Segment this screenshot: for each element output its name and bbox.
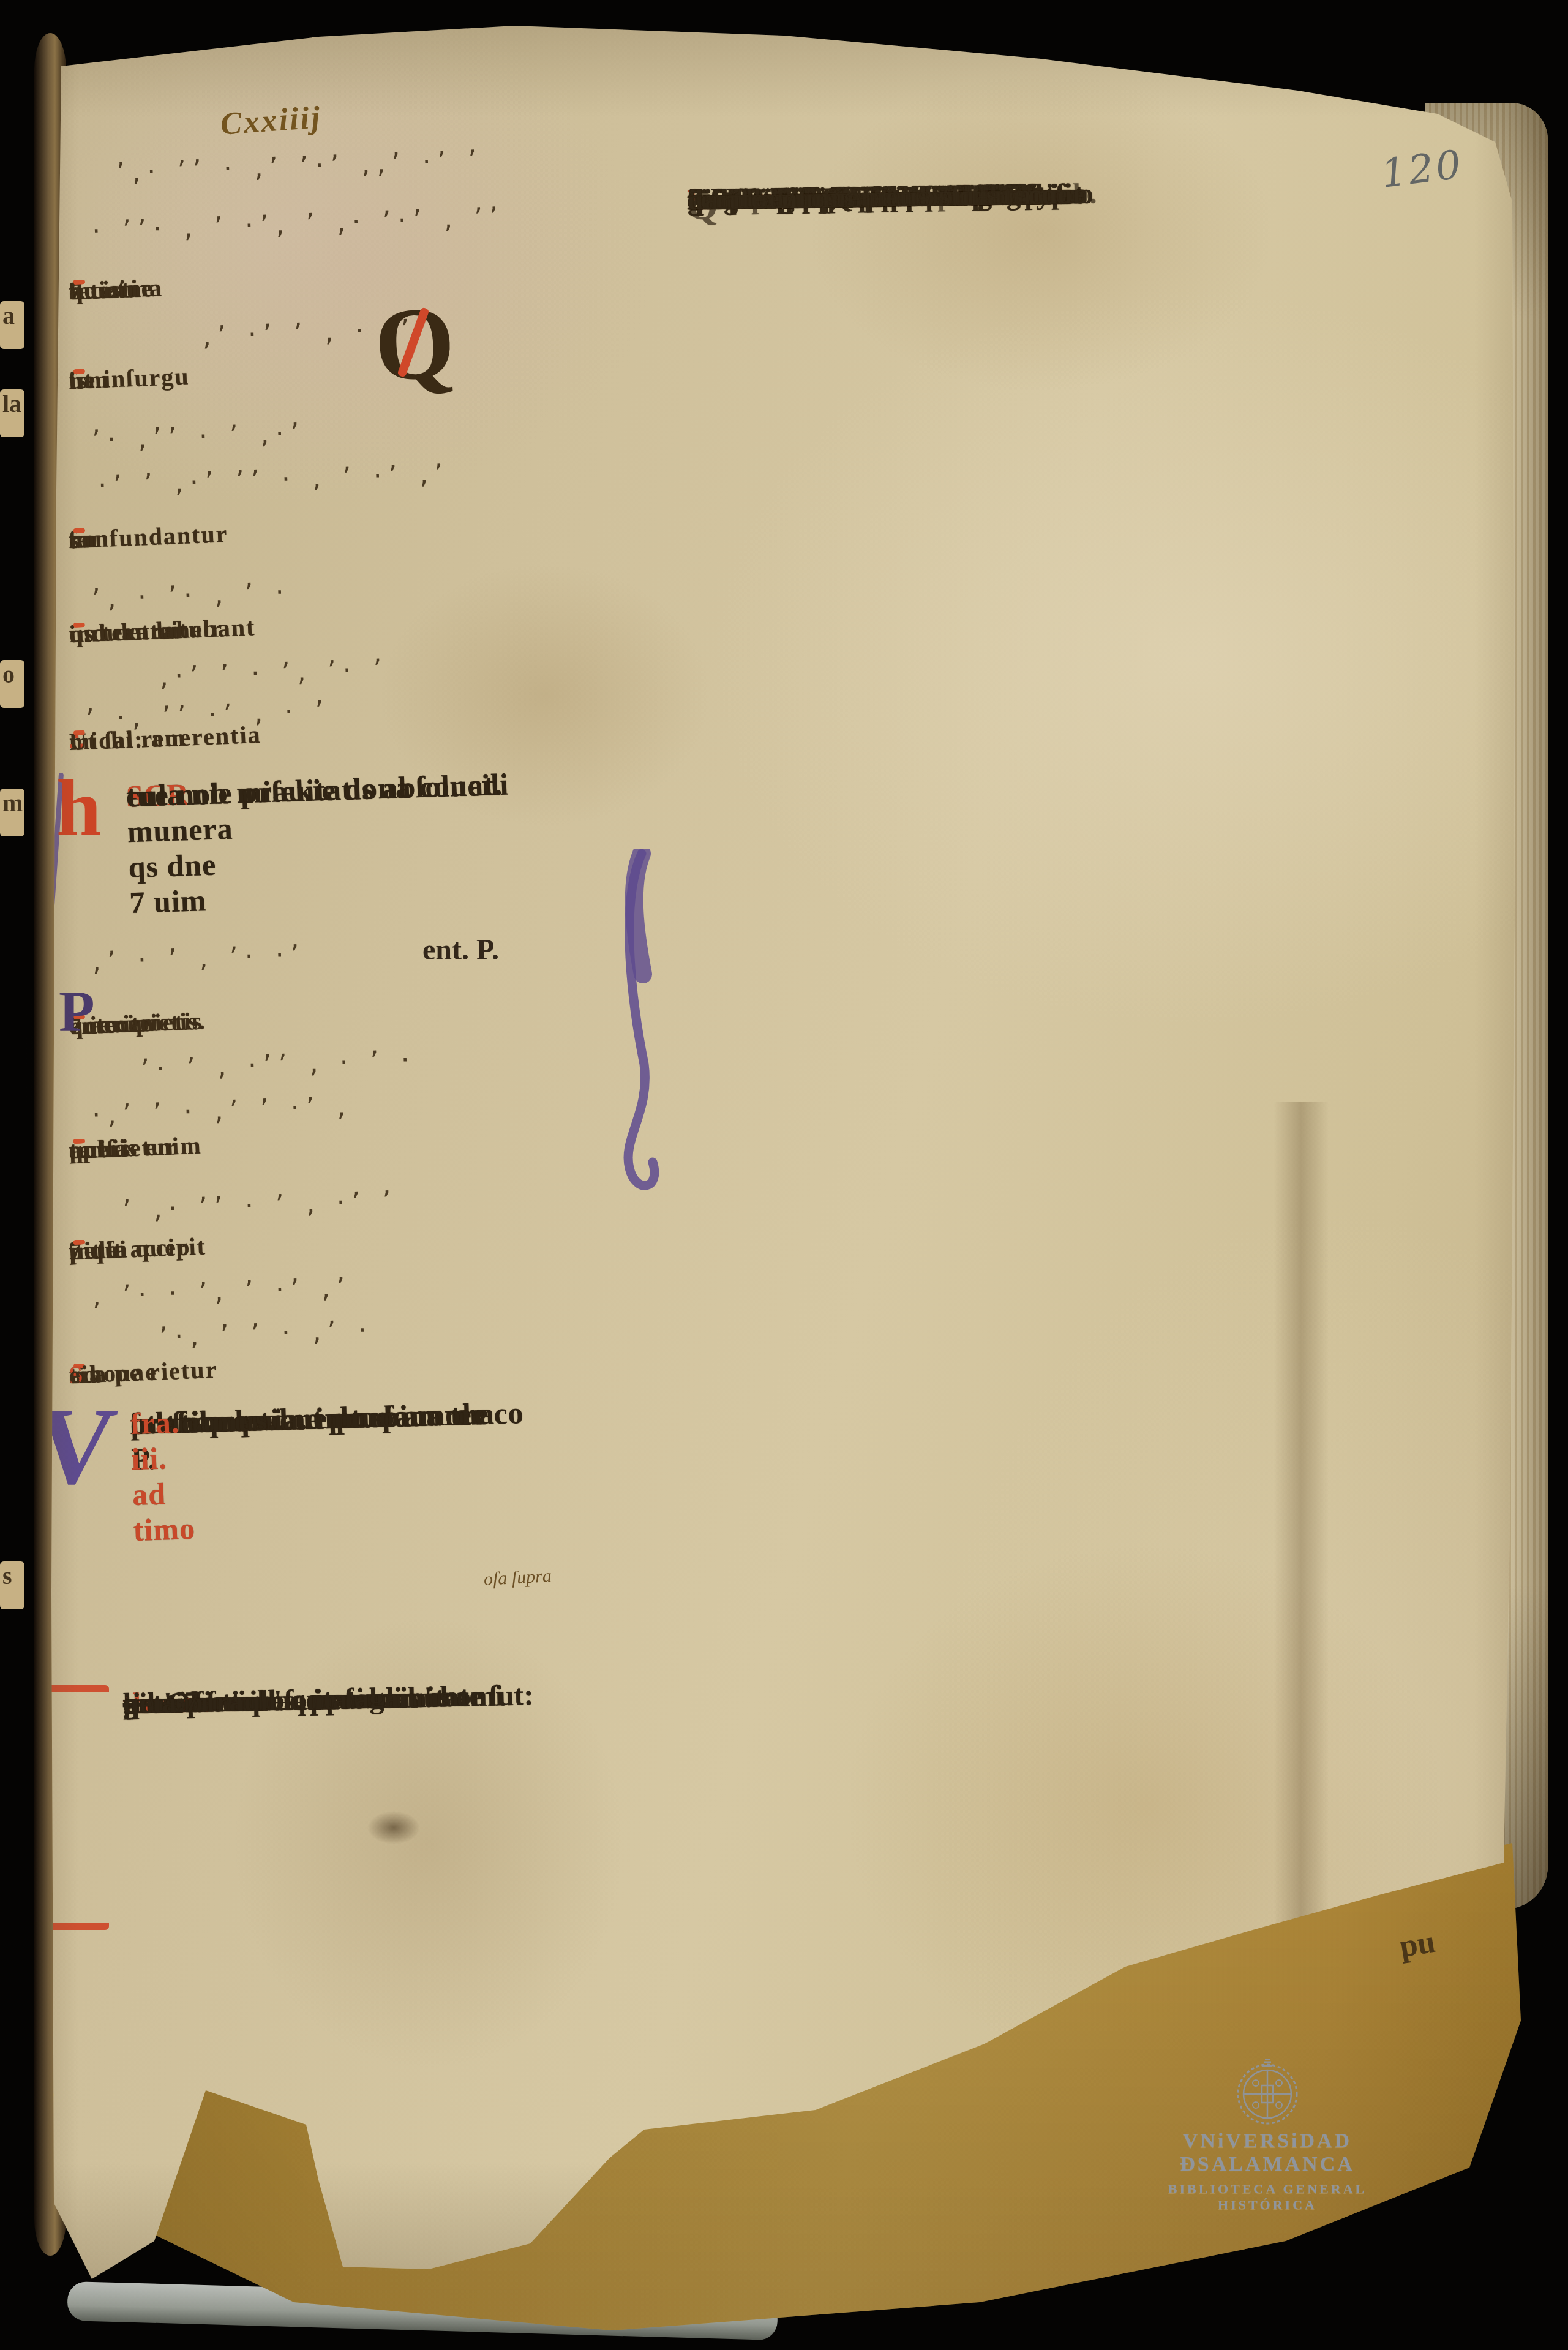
chant-text: uobis — [69, 1133, 132, 1165]
chant-text-line: petit accip7 qui queritinuenitpulſan — [69, 1215, 622, 1237]
chant-text: in — [69, 366, 92, 395]
red-filler-rule — [73, 369, 84, 374]
university-seal-icon — [1234, 2059, 1301, 2126]
parchment-stain — [808, 73, 1274, 392]
chant-text-line: quia manus tue7 tudominefecistioa — [69, 255, 622, 277]
red-filler-rule — [73, 1239, 84, 1244]
initial-p: P — [59, 977, 95, 1045]
chant-text-line: ueconfundanturſeruusru — [69, 504, 622, 525]
red-filler-rule — [73, 622, 84, 627]
chant-text: aperietur — [69, 1132, 179, 1165]
chant-text-line: michi reuerentia∴Ut ſal: am — [69, 706, 622, 727]
library-watermark: VNiVERSiDAD ÐSALAMANCA BIBLIOTECA GENERA… — [1127, 2059, 1408, 2213]
chant-text-line: us tera bitu rinduanturqui detrahebant — [69, 598, 622, 620]
chant-text: o — [69, 276, 83, 306]
red-filler-rule — [73, 730, 84, 735]
red-filler-rule — [73, 279, 84, 284]
red-filler-rule — [73, 369, 84, 374]
chant-text-line: ente7 accipietis.querite7 inuenietis — [69, 990, 622, 1012]
red-filler-rule — [73, 1138, 84, 1143]
chant-text: Ut ſal: am — [69, 723, 187, 756]
chant-text: a — [69, 276, 83, 306]
gospel-text-line: Quarite: 7 inuenietis pulſate — [687, 184, 688, 240]
manuscript-photograph: alaoms Cxxiiij 120 ’‚· ’’ · ‚’ ’·’ ‚‚’ ·… — [0, 0, 1568, 2350]
chant-text: pulſa — [69, 1234, 129, 1266]
red-filler-rule — [73, 279, 84, 284]
red-filler-rule — [73, 1239, 84, 1244]
neume-row: ‚’ · ’ ‚ ’· ·’ — [91, 937, 435, 976]
chant-text: s — [69, 525, 80, 554]
reading-text: qeta 7 traqlla uita agamus — [122, 1680, 451, 1721]
chant-text: ſe — [69, 525, 90, 554]
page-number-pencil: 120 — [1379, 142, 1466, 197]
red-filler-rule — [73, 1239, 84, 1244]
chant-text: ſsm — [69, 364, 110, 394]
red-filler-rule — [73, 528, 84, 533]
chant-text: r — [69, 525, 82, 554]
right-column: in omi pietate 7 caſtitate. hoceni bonu … — [687, 175, 1287, 184]
chant-text: uu — [69, 524, 99, 554]
intercolumn-initial-flourish — [610, 849, 677, 1216]
neume-row: ’· ’ ‚ ·’’ ‚ · ’ · — [140, 1040, 600, 1083]
facing-page-letter: s — [0, 1561, 24, 1609]
chant-text: 7 qui querit — [69, 1231, 207, 1266]
red-filler-rule — [73, 528, 84, 533]
chant-text: te — [69, 1135, 91, 1165]
red-filler-rule — [73, 730, 84, 735]
red-filler-rule — [73, 528, 84, 533]
chant-text: confundantur — [69, 519, 228, 554]
neume-row: ‚·’ ’ · ’‚ ’· ’ — [159, 649, 588, 691]
red-filler-rule — [73, 369, 84, 374]
red-filler-rule — [73, 1239, 84, 1244]
chant-text: nt — [69, 365, 94, 394]
chant-text: inue — [69, 1235, 119, 1266]
red-filler-rule — [73, 1363, 84, 1368]
chant-text-line: ti a pe rieturadriaSe nouae — [69, 1339, 622, 1361]
red-filler-rule — [73, 279, 84, 284]
red-filler-rule — [73, 279, 84, 284]
red-filler-rule — [73, 528, 84, 533]
chant-text: fecisti — [69, 274, 140, 306]
chant-text: n — [69, 1236, 84, 1266]
prayer-secreta: ec munera qs dne 7 uim SCR cula nie prau… — [126, 762, 640, 778]
chant-text: ru — [69, 524, 97, 554]
neume-row: ’· ‚’’ · ’ ‚·’ — [91, 415, 435, 454]
red-filler-rule — [73, 279, 84, 284]
red-filler-rule — [73, 622, 84, 627]
reading-lines: omni fieri obſecrationes orationes. orat… — [122, 1676, 661, 1687]
torn-text-fragment: pu — [1397, 1924, 1438, 1965]
chant-text: qui detrahebant — [69, 612, 256, 648]
chant-text: induantur — [69, 615, 187, 648]
red-filler-rule — [73, 1138, 84, 1143]
neume-row: ’ ‚· ’’ · ’ ‚ ·’ ’ — [122, 1181, 588, 1224]
ink-smudge — [367, 1811, 420, 1844]
red-filler-rule — [73, 1138, 84, 1143]
chant-text: domine — [69, 274, 154, 306]
prayer-line-end: ent. P. — [422, 933, 499, 967]
red-filler-rule — [73, 279, 84, 284]
neume-row: ‚ ’· · ’‚ ’ ·’ ‚’ — [91, 1266, 576, 1310]
chant-text: petit accip — [69, 1232, 191, 1266]
facing-page-edge: alaoms — [0, 0, 34, 2350]
page-crease-shadow — [1274, 1102, 1329, 1929]
neume-row: ’‚· ’’ · ‚’ ’·’ ‚‚’ ·’ ’ — [116, 144, 569, 187]
watermark-library-name: BIBLIOTECA GENERAL HISTÓRICA — [1127, 2181, 1408, 2213]
chant-text: us tera bitu r — [69, 614, 223, 648]
red-filler-rule — [73, 369, 84, 374]
chant-text: nit — [69, 1236, 102, 1266]
prayer-line: tue nob miſekie dona concili — [126, 767, 509, 814]
red-filler-rule — [73, 1363, 84, 1368]
facing-page-letter: o — [0, 660, 24, 708]
prayer-postcommunion: ota nia qs dne pro fauore proſequere. ut… — [130, 1391, 656, 1406]
red-filler-rule — [73, 528, 84, 533]
chant-text-line: pulſateaperieturuobisomnis enimqui — [69, 1114, 622, 1136]
neume-row: ·‚’ ’ · ‚’ ’ ·’ ‚ — [91, 1087, 520, 1129]
rubricated-initial-h: h — [56, 760, 101, 854]
chant-text: ue inſurgu — [69, 361, 190, 395]
red-filler-rule — [73, 279, 84, 284]
red-filler-rule — [73, 1138, 84, 1143]
interlinear-gloss: oſa ſupra — [483, 1566, 552, 1590]
chant-text: omnis enim — [69, 1131, 202, 1165]
neume-row: ·’ ’ ‚·’ ’’ · ‚ ’ ·’ ‚’ — [97, 456, 588, 500]
neume-row: ’ ·‚ ’’ ·’ ‚ · ’ — [85, 693, 478, 733]
red-filler-rule — [73, 1239, 84, 1244]
neume-row: ’‚ · ’· ‚ ’ · — [91, 575, 410, 613]
initial-spacer — [69, 363, 154, 367]
red-filler-rule — [73, 528, 84, 533]
chant-text-line: ſsmue inſurguntin — [69, 345, 622, 366]
epistle-reading: ks: Obſecro uos pmu theum. omni fieri ob… — [122, 1676, 661, 1687]
red-filler-rule — [73, 1138, 84, 1143]
chant-text: qui — [69, 1135, 107, 1165]
red-filler-rule — [73, 622, 84, 627]
chant-text: ue — [69, 524, 97, 554]
chant-text: pulſa — [69, 1133, 129, 1165]
neume-row: ’·‚ ’ ’ · ‚’ · — [159, 1311, 539, 1351]
chant-rubric: ∴ — [69, 727, 86, 756]
parchment-stain — [73, 49, 655, 490]
red-filler-rule — [73, 528, 84, 533]
chant-text: michi reuerentia — [69, 720, 261, 756]
neume-row: · ’’· ‚ ’ ·’‚ ’ ‚· ’·’ ‚ ’’ — [91, 201, 600, 246]
red-filler-rule — [73, 1138, 84, 1143]
watermark-university-name: VNiVERSiDAD — [1127, 2130, 1408, 2153]
chant-text: nus tue — [69, 274, 154, 306]
folio-number-roman: Cxxiiij — [219, 99, 323, 142]
facing-page-letter: la — [0, 389, 24, 437]
facing-page-letter: m — [0, 789, 24, 836]
rubric-epistle-reference: fra. iii. ad timo — [130, 1404, 196, 1548]
red-filler-rule — [73, 1239, 84, 1244]
chant-text: 7 tu — [69, 275, 114, 306]
line-text: uarite: 7 inuenietis pulſate — [687, 178, 1027, 217]
facing-page-letter: a — [0, 301, 24, 349]
chant-text: quia ma — [69, 273, 163, 306]
watermark-university-name-2: ÐSALAMANCA — [1127, 2153, 1408, 2176]
